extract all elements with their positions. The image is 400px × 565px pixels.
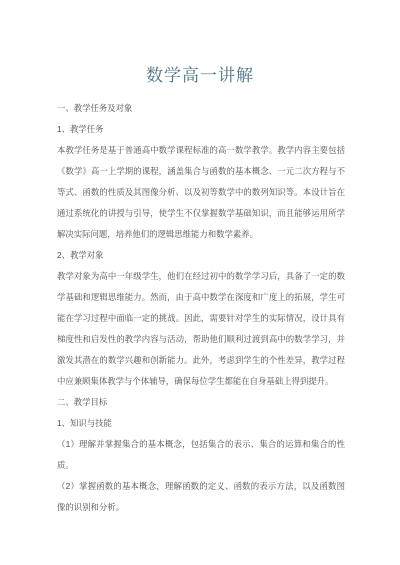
document-title: 数学高一讲解 bbox=[0, 0, 400, 86]
paragraph-teaching-task: 本教学任务是基于普通高中数学课程标准的高一数学教学。教学内容主要包括《数学》高一… bbox=[57, 140, 345, 245]
subsection-heading-teaching-task: 1、教学任务 bbox=[57, 119, 345, 140]
document-body: 一、教学任务及对象 1、教学任务 本教学任务是基于普通高中数学课程标准的高一数学… bbox=[0, 98, 400, 518]
paragraph-goal-item-2: （2）掌握函数的基本概念，理解函数的定义、函数的表示方法，以及函数图像的识别和分… bbox=[57, 476, 345, 518]
subsection-heading-knowledge-skills: 1、知识与技能 bbox=[57, 413, 345, 434]
paragraph-teaching-audience: 教学对象为高中一年级学生，他们在经过初中的数学学习后，具备了一定的数学基础和逻辑… bbox=[57, 266, 345, 392]
paragraph-goal-item-1: （1）理解并掌握集合的基本概念，包括集合的表示、集合的运算和集合的性质。 bbox=[57, 434, 345, 476]
subsection-heading-teaching-audience: 2、教学对象 bbox=[57, 245, 345, 266]
section-heading-tasks-and-audience: 一、教学任务及对象 bbox=[57, 98, 345, 119]
document-page: 数学高一讲解 一、教学任务及对象 1、教学任务 本教学任务是基于普通高中数学课程… bbox=[0, 0, 400, 565]
section-heading-teaching-goals: 二、教学目标 bbox=[57, 392, 345, 413]
